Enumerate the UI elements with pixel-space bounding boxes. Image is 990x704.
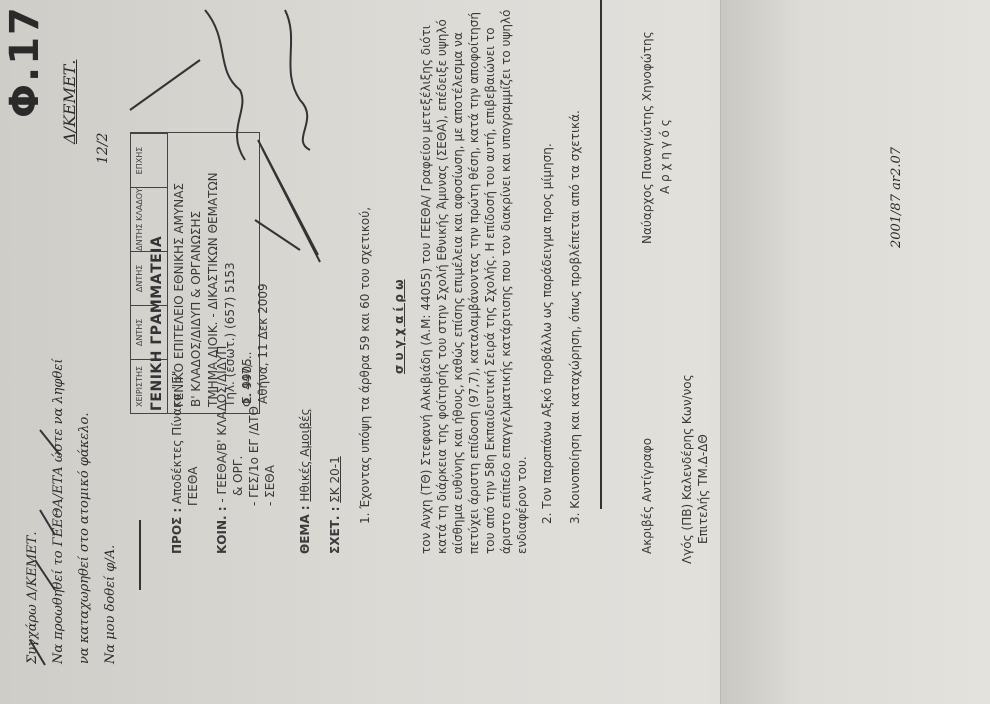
cc-line: - ΓΕΕΘΑ/Β' ΚΛΑΔΟΣ/ΔΙΔΥΠ	[215, 346, 229, 503]
stamp-col-chief: ΕΠΧΗΣ	[131, 133, 167, 187]
handwritten-line: να καταχωρηθεί στο ατομικό φάκελο.	[72, 359, 98, 664]
true-copy-label: Ακριβές Αντίγραφο	[640, 438, 654, 554]
related-label: ΣΧΕΤ. :	[328, 507, 342, 554]
to-line: Αποδέκτες Πίνακα "Ε"	[170, 371, 184, 504]
handwritten-line: Να μου δοθεί φ/Α.	[98, 359, 124, 664]
handwritten-date: 12/2	[95, 133, 111, 164]
subject: Ηθικές Αμοιβές	[298, 408, 312, 501]
handwritten-page2-note: 2001/87 ar2.07	[889, 147, 904, 248]
paragraph-1: 1. Έχοντας υπόψη τα άρθρα 59 και 60 του …	[358, 207, 372, 524]
to-line: ΓΕΕΘΑ	[186, 466, 200, 506]
sender-line: Β' ΚΛΑΔΟΣ/ΔΙΔΥΠ & ΟΡΓΑΝΩΣΗΣ	[188, 139, 205, 407]
stamp-overlay: ΓΕΝΙΚΗ ΓΡΑΜΜΑΤΕΙΑ	[149, 236, 165, 411]
to-label: ΠΡΟΣ :	[170, 508, 184, 554]
divider	[600, 0, 602, 509]
handwritten-line: Να προωθηθεί το ΓΕΕΘΑ/ΕΤΑ ώστε να ληφθεί	[46, 359, 72, 664]
copy-signer-title: Επιτελής ΤΜ.Δ-ΔΘ	[696, 434, 710, 544]
copy-signer-name: Λγός (ΠΒ) Καλενδέρης Κων/νος	[680, 374, 694, 564]
handwritten-note: Συγχάρω Δ/ΚΕΜΕΤ. Να προωθηθεί το ΓΕΕΘΑ/Ε…	[20, 359, 124, 664]
cc-label: ΚΟΙΝ. :	[215, 506, 229, 554]
handwritten-top-note: Δ/ΚΕΜΕΤ.	[60, 60, 79, 144]
handwritten-line: Συγχάρω Δ/ΚΕΜΕΤ.	[20, 359, 46, 664]
signer-name: Ναύαρχος Παναγιώτης Χηνοφώτης	[640, 31, 654, 244]
paragraph-2: 2. Τον παραπάνω Αξκό προβάλλω ως παράδει…	[540, 143, 554, 524]
document-date: Αθήνα, 11 Δεκ 2009	[256, 283, 270, 404]
sender-line: ΓΕΝΙΚΟ ΕΠΙΤΕΛΕΙΟ ΕΘΝΙΚΗΣ ΑΜΥΝΑΣ	[171, 139, 188, 407]
paragraph-3: 3. Κοινοποίηση και καταχώρηση, όπως προβ…	[568, 110, 582, 524]
subject-label: ΘΕΜΑ :	[298, 505, 312, 554]
body-paragraph: τον Ανχη (ΤΘ) Στεφανή Αλκιβιάδη (Α.Μ: 44…	[418, 0, 530, 554]
cc-line: & ΟΡΓ.	[231, 456, 245, 496]
related-ref: ΣΚ 20-1	[328, 456, 342, 503]
reference-number: Σ. 9905	[240, 358, 254, 404]
cc-line: - ΓΕΣ/1ο ΕΓ /ΔΤΘ	[247, 406, 261, 506]
second-page: 2001/87 ar2.07	[720, 0, 990, 704]
letter: Φ.17 Δ/ΚΕΜΕΤ. 12/2 ΧΕΙΡΙΣΤΗΣ ΔΝΤΗΣ ΔΝΤΗΣ…	[0, 0, 720, 704]
document-code: Φ.17	[2, 5, 48, 118]
cc-line: - ΣΕΘΑ	[263, 465, 277, 506]
congratulate-heading: σ υ γ χ α ί ρ ω	[392, 279, 406, 374]
signer-title: Α ρ χ η γ ό ς	[658, 119, 672, 194]
